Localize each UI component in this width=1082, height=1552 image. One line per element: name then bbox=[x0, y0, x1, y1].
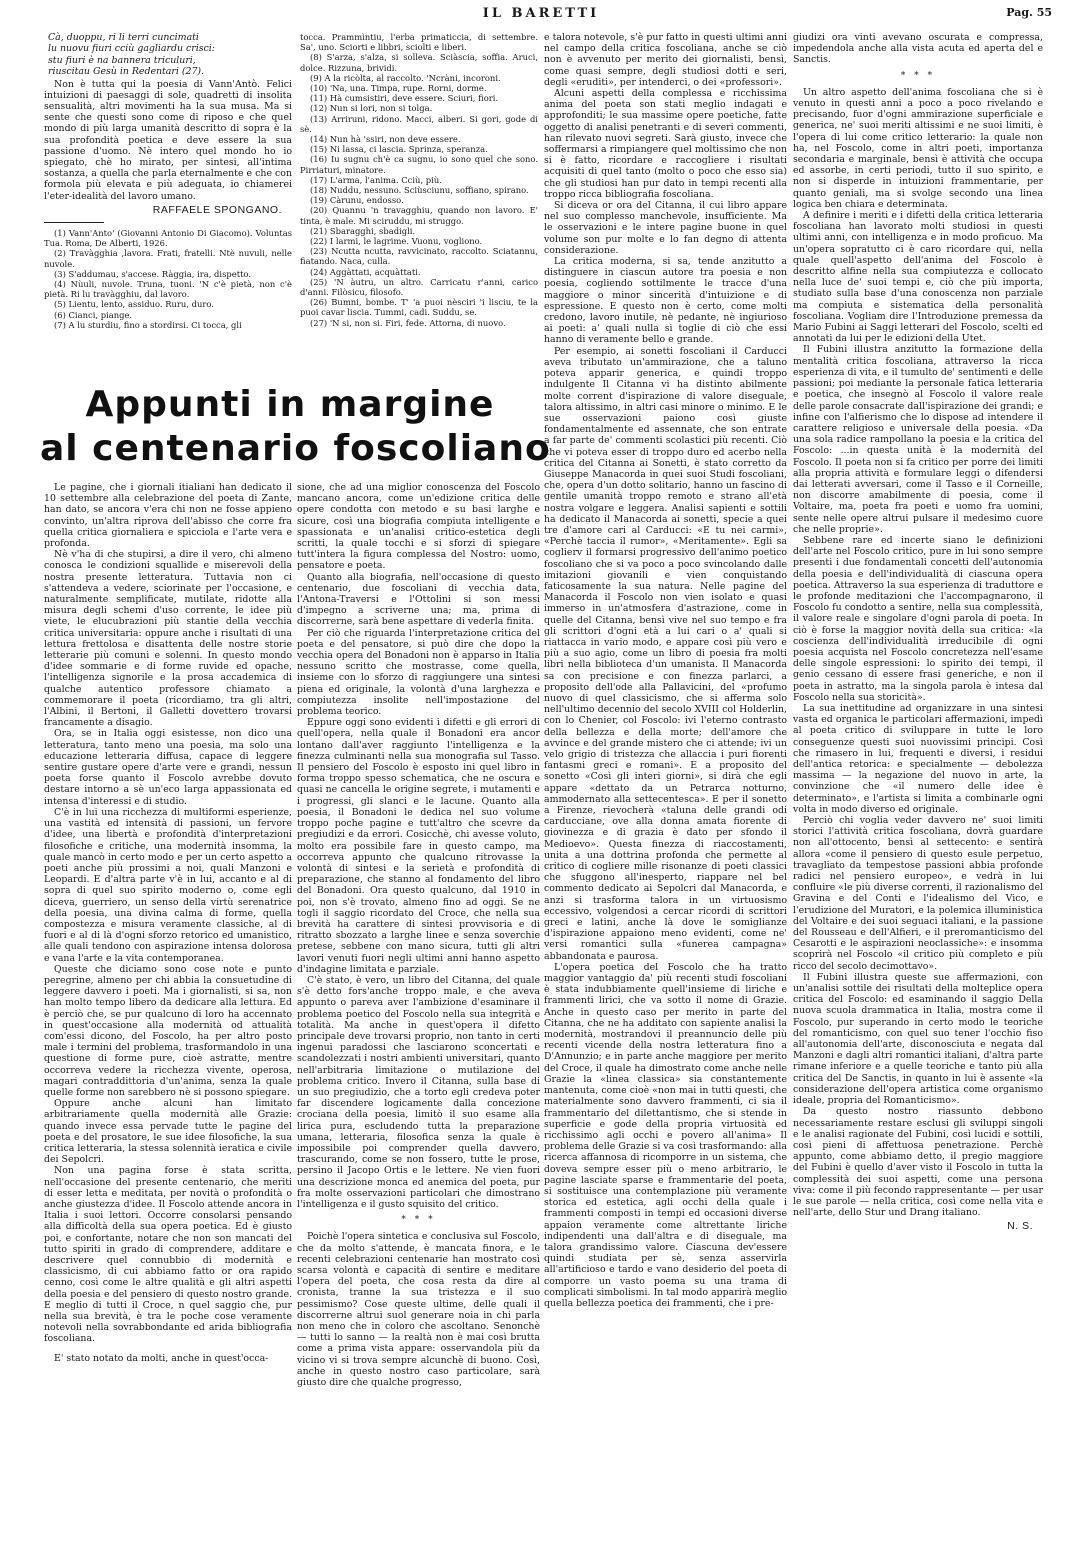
paragraph: Il Fubini illustra anzitutto la formazio… bbox=[793, 344, 1043, 534]
footnote: (2) Travàgghia ,lavora. Frati, fratelli.… bbox=[44, 248, 292, 268]
footnote: (12) Nun si lori, non si tolga. bbox=[300, 103, 538, 113]
footnote: (8) S'arza, s'alza, si solleva. Sciàscia… bbox=[300, 52, 538, 72]
footnote: (9) A la ricòlta, al raccolto. 'Ncràni, … bbox=[300, 73, 538, 83]
footnote: tocca. Prammìntiu, l'erba primaticcia, d… bbox=[300, 32, 538, 52]
paragraph: Sebbene rare ed incerte siano le definiz… bbox=[793, 535, 1043, 703]
paragraph: Perciò chi voglia veder davvero ne' suoi… bbox=[793, 815, 1043, 972]
dialect-verse: Cà, duoppu, ri li terri cuncimati lu nuo… bbox=[44, 32, 292, 78]
article-col2: sione, che ad una miglior conoscenza del… bbox=[297, 482, 540, 1388]
author-signature: RAFFAELE SPONGANO. bbox=[44, 205, 282, 216]
paragraph: C'è in lui una ricchezza di multiformi e… bbox=[44, 807, 292, 964]
footnote: (14) Nun hà 'ssiri, non deve essere. bbox=[300, 134, 538, 144]
footnote: (15) Ni lassa, ci lascia. Sprinza, spera… bbox=[300, 144, 538, 154]
paragraph: L'opera poetica del Foscolo che ha tratt… bbox=[544, 962, 787, 1309]
footnote: (18) Nuddu, nessuno. Sciùsciunu, soffian… bbox=[300, 185, 538, 195]
footnote: (16) Iu sugnu ch'è ca sugnu, io sono que… bbox=[300, 154, 538, 174]
previous-article-col1: Cà, duoppu, ri li terri cuncimati lu nuo… bbox=[44, 32, 292, 330]
article-col1: Le pagine, che i giornali itialiani han … bbox=[44, 482, 292, 1364]
article-col4: giudizi ora vinti avevano oscurata e com… bbox=[793, 32, 1043, 1237]
paragraph: Queste che diciamo sono cose note e punt… bbox=[44, 964, 292, 1098]
paragraph: Non una pagina forse è stata scritta, ne… bbox=[44, 1165, 292, 1344]
paragraph: Poichè l'opera sintetica e conclusiva su… bbox=[297, 1231, 540, 1388]
section-separator: * * * bbox=[793, 71, 1043, 82]
footnote: (11) Hà cumsistiri, deve essere. Sciuri,… bbox=[300, 93, 538, 103]
footnote: (17) L'arma, l'anima. Cciù, più. bbox=[300, 175, 538, 185]
paragraph: Si diceva or ora del Citanna, il cui lib… bbox=[544, 200, 787, 256]
paragraph: Da questo nostro riassunto debbono neces… bbox=[793, 1106, 1043, 1218]
footnote: (5) Lientu, lento, assiduo. Ruru, duro. bbox=[44, 299, 292, 309]
paragraph: giudizi ora vinti avevano oscurata e com… bbox=[793, 32, 1043, 66]
paragraph: Le pagine, che i giornali itialiani han … bbox=[44, 482, 292, 549]
paragraph: Il Fubini illustra queste sue affermazio… bbox=[793, 972, 1043, 1106]
footnote: (21) Sbaragghi, sbadigli. bbox=[300, 226, 538, 236]
footnote: (20) Quannu 'n travagghiu, quando non la… bbox=[300, 205, 538, 225]
footnote: (25) 'N àutru, un altro. Carricatu r'ann… bbox=[300, 277, 538, 297]
footnote: (6) Cianci, piange. bbox=[44, 310, 292, 320]
author-initials: N. S. bbox=[793, 1221, 1033, 1232]
paragraph: E' stato notato da molti, anche in quest… bbox=[44, 1353, 292, 1364]
paragraph: La sua inettitudine ad organizzare in un… bbox=[793, 703, 1043, 815]
footnote: (3) S'addumau, s'accese. Ràggia, ira, di… bbox=[44, 269, 292, 279]
article-col3: e talora notevole, s'è pur fatto in ques… bbox=[544, 32, 787, 1309]
paragraph: e talora notevole, s'è pur fatto in ques… bbox=[544, 32, 787, 88]
previous-article-col2: tocca. Prammìntiu, l'erba primaticcia, d… bbox=[300, 32, 538, 328]
paragraph: Per esempio, ai sonetti foscoliani il Ca… bbox=[544, 346, 787, 962]
newspaper-title: IL BARETTI bbox=[0, 6, 1082, 21]
paragraph: Alcuni aspetti della complessa e ricchis… bbox=[544, 88, 787, 200]
page-number: Pag. 55 bbox=[1006, 6, 1052, 19]
footnote: (10) 'Na, una. Timpa, rupe. Rorni, dorme… bbox=[300, 83, 538, 93]
paragraph: La critica moderna, si sa, tende anzitut… bbox=[544, 256, 787, 346]
paragraph: Un altro aspetto dell'anima foscoliana c… bbox=[793, 87, 1043, 210]
masthead: IL BARETTI Pag. 55 bbox=[0, 6, 1082, 26]
footnote: (1) Vann'Anto' (Giovanni Antonio Di Giac… bbox=[44, 228, 292, 248]
paragraph: Per ciò che riguarda l'interpretazione c… bbox=[297, 628, 540, 718]
paragraph: Nè v'ha di che stupirsi, a dire il vero,… bbox=[44, 549, 292, 728]
paragraph: sione, che ad una miglior conoscenza del… bbox=[297, 482, 540, 572]
footnote: (26) Bumni, bombe. T' 'a puoi nèsciri 'i… bbox=[300, 297, 538, 317]
footnote: (23) Ncutta ncutta, ravvicinato, raccolt… bbox=[300, 246, 538, 266]
footnote-rule bbox=[44, 222, 104, 223]
footnote: (4) Nùuli, nuvole. Truna, tuoni. 'N c'è … bbox=[44, 279, 292, 299]
headline-line-2: al centenario foscoliano bbox=[40, 427, 540, 471]
footnote: (13) Arriruni, ridono. Macci, alberi. Si… bbox=[300, 114, 538, 134]
section-separator: * * * bbox=[297, 1215, 540, 1226]
paragraph: A definire i meriti e i difetti della cr… bbox=[793, 210, 1043, 344]
footnote: (24) Aggàttati, acquàttati. bbox=[300, 267, 538, 277]
article-headline: Appunti in margine al centenario foscoli… bbox=[40, 383, 540, 471]
paragraph: C'è stato, è vero, un libro del Citanna,… bbox=[297, 975, 540, 1210]
headline-line-1: Appunti in margine bbox=[40, 383, 540, 427]
footnote: (27) 'N si, non si. Firi, fede. Attorna,… bbox=[300, 318, 538, 328]
paragraph: Non è tutta qui la poesia di Vann'Antò. … bbox=[44, 79, 292, 202]
paragraph: Quanto alla biografia, nell'occasione di… bbox=[297, 572, 540, 628]
footnote: (22) I larmi, le lagrime. Vuonu, voglion… bbox=[300, 236, 538, 246]
paragraph: Eppure oggi sono evidenti i difetti e gl… bbox=[297, 717, 540, 975]
paragraph: Oppure anche alcuni han limitato arbitra… bbox=[44, 1098, 292, 1165]
paragraph: Ora, se in Italia oggi esistesse, non di… bbox=[44, 728, 292, 806]
footnote: (19) Càrunu, endosso. bbox=[300, 195, 538, 205]
footnote: (7) A lu sturdiu, fino a stordirsi. Ci t… bbox=[44, 320, 292, 330]
